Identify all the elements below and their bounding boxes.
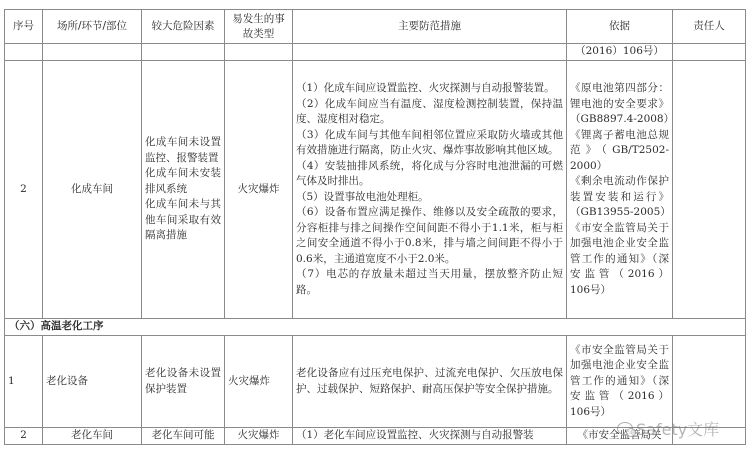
table-row: 2 化成车间 化成车间未设置监控、报警装置 化成车间未安装排风系统 化成车间未与… [5,61,746,319]
header-hazard: 较大危险因素 [142,10,225,44]
header-basis: 依据 [567,10,673,44]
cell-hazard: 老化设备未设置保护装置 [142,336,225,428]
cell-seq: 1 [5,336,43,428]
cell-seq: 2 [5,428,43,445]
cell-basis: 《原电池第四部分：锂电池的安全要求》（GB8897.4-2008） 《锂离子蓄电… [567,61,673,319]
measure-item: （1）化成车间应设置监控、火灾探测与自动报警装置。 [296,81,563,97]
section-heading-row: （六）高温老化工序 [5,319,746,336]
header-row: 序号 场所/环节/部位 较大危险因素 易发生的事故类型 主要防范措施 依据 责任… [5,10,746,44]
cell-measures: （1）化成车间应设置监控、火灾探测与自动报警装置。 （2）化成车间应当有温度、湿… [293,61,567,319]
table-row-carryover: （2016）106号） [5,44,746,61]
cell-empty [142,44,225,61]
hazard-item: 化成车间未安装排风系统 [145,166,221,197]
hazard-control-table: 序号 场所/环节/部位 较大危险因素 易发生的事故类型 主要防范措施 依据 责任… [4,9,746,445]
measure-item: （6）设备布置应满足操作、维修以及安全疏散的要求，分容柜排与排之间操作空间间距不… [296,205,563,267]
cell-empty [293,44,567,61]
cell-basis: 《市安全监管局关 [567,428,673,445]
measure-item: （3）化成车间与其他车间相邻位置应采取防火墙或其他有效措施进行隔离，防止火灾、爆… [296,128,563,159]
cell-hazards: 化成车间未设置监控、报警装置 化成车间未安装排风系统 化成车间未与其他车间采取有… [142,61,225,319]
measure-item: （2）化成车间应当有温度、湿度检测控制装置，保持温度、湿度相对稳定。 [296,97,563,128]
cell-measures: （1）老化车间应设置监控、火灾探测与自动报警装 [293,428,567,445]
header-location: 场所/环节/部位 [43,10,142,44]
cell-empty [5,44,43,61]
cell-accident-type: 火灾爆炸 [225,61,293,319]
basis-item: 《锂离子蓄电池总规范》（GB/T2502-2000） [570,128,669,175]
cell-responsible [673,61,746,319]
basis-item: 《原电池第四部分：锂电池的安全要求》（GB8897.4-2008） [570,81,669,128]
cell-basis: （2016）106号） [567,44,673,61]
cell-measures: 老化设备应有过压充电保护、过流充电保护、欠压放电保护、过载保护、短路保护、耐高压… [293,336,567,428]
header-measures: 主要防范措施 [293,10,567,44]
measure-item: （7）电芯的存放量未超过当天用量，摆放整齐防止短路。 [296,267,563,298]
cell-basis: 《市安全监管局关于加强电池企业安全监管工作的通知》（深安监管（2016）106号… [567,336,673,428]
basis-item: 《市安全监管局关于加强电池企业安全监管工作的通知》（深安监管（2016）106号… [570,221,669,299]
measure-item: （4）安装抽排风系统，将化成与分容时电池泄漏的可燃气体及时排出。 [296,159,563,190]
measure-item: （5）设置事故电池处理柜。 [296,190,563,206]
table-row: 2 老化车间 老化车间可能 火灾爆炸 （1）老化车间应设置监控、火灾探测与自动报… [5,428,746,445]
cell-empty [225,44,293,61]
hazard-item: 化成车间未设置监控、报警装置 [145,135,221,166]
section-heading: （六）高温老化工序 [5,319,746,336]
table-row: 1 老化设备 老化设备未设置保护装置 火灾爆炸 老化设备应有过压充电保护、过流充… [5,336,746,428]
basis-item: 《剩余电流动作保护装置安装和运行》（GB13955-2005） [570,174,669,221]
cell-location: 老化车间 [43,428,142,445]
cell-responsible [673,428,746,445]
header-seq: 序号 [5,10,43,44]
cell-empty [43,44,142,61]
cell-responsible [673,44,746,61]
cell-hazard: 老化车间可能 [142,428,225,445]
cell-location: 化成车间 [43,61,142,319]
cell-accident-type: 火灾爆炸 [225,428,293,445]
cell-responsible [673,336,746,428]
cell-accident-type: 火灾爆炸 [225,336,293,428]
cell-location: 老化设备 [43,336,142,428]
header-accident-type: 易发生的事故类型 [225,10,293,44]
cell-seq: 2 [5,61,43,319]
header-responsible: 责任人 [673,10,746,44]
hazard-item: 化成车间未与其他车间采取有效隔离措施 [145,197,221,244]
